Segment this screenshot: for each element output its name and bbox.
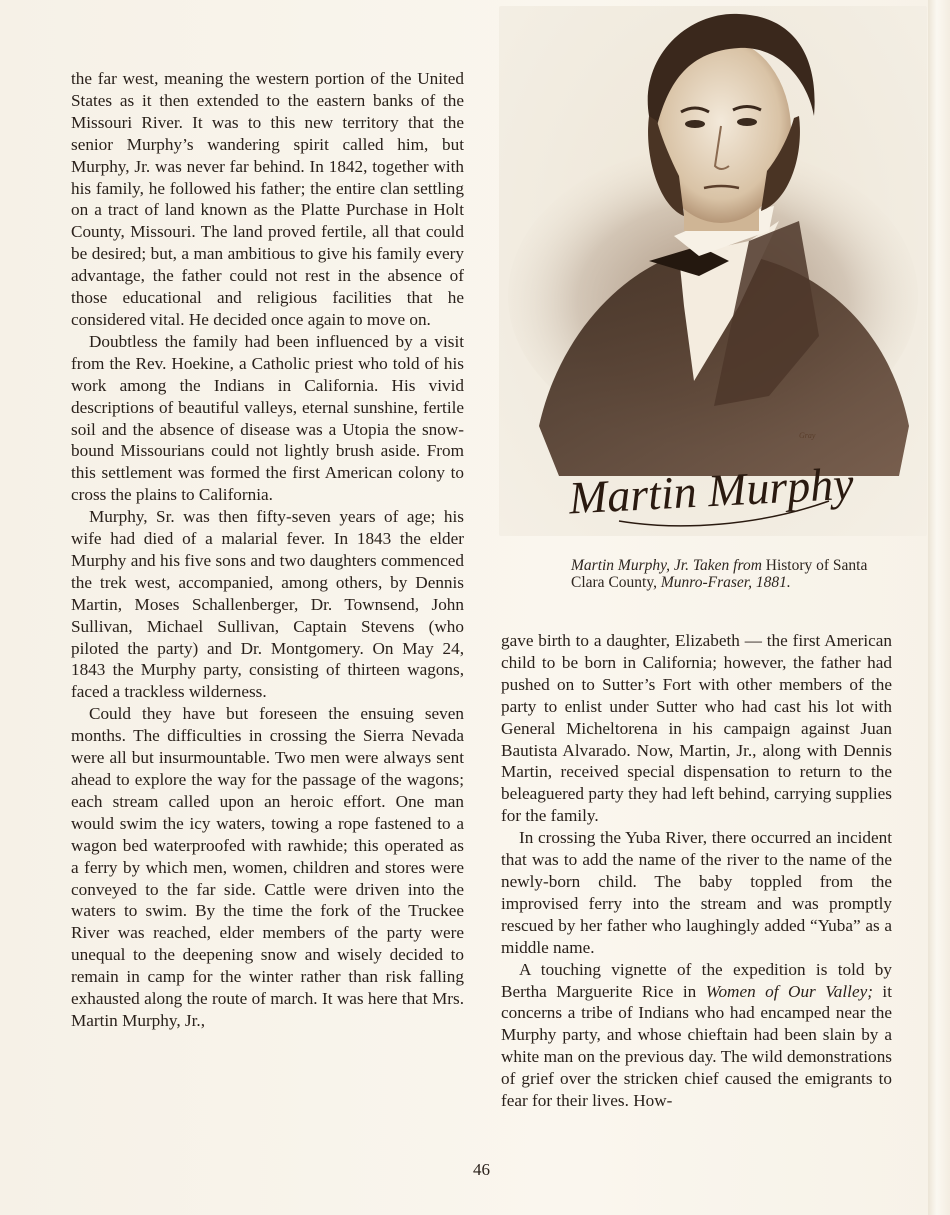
paragraph: gave birth to a daughter, Elizabeth — th… xyxy=(501,630,892,827)
left-column: the far west, meaning the western portio… xyxy=(71,68,464,1032)
paragraph: Doubtless the family had been influenced… xyxy=(71,331,464,506)
paragraph: In crossing the Yuba River, there occurr… xyxy=(501,827,892,958)
page-number: 46 xyxy=(473,1160,490,1180)
book-title: Women of Our Valley; xyxy=(706,982,873,1001)
page-edge xyxy=(928,0,950,1215)
paragraph: Could they have but foreseen the ensuing… xyxy=(71,703,464,1032)
paragraph: A touching vignette of the expedition is… xyxy=(501,959,892,1112)
right-column: gave birth to a daughter, Elizabeth — th… xyxy=(501,630,892,1112)
caption-italic: Martin Murphy, Jr. Taken from xyxy=(571,557,766,574)
paragraph: Murphy, Sr. was then fifty-seven years o… xyxy=(71,506,464,703)
portrait-figure: Gray Martin Murphy xyxy=(499,6,927,536)
caption-italic: Munro-Fraser, 1881. xyxy=(661,574,791,591)
portrait-engraving: Gray Martin Murphy xyxy=(499,6,927,536)
figure-caption: Martin Murphy, Jr. Taken from History of… xyxy=(571,557,871,591)
engraver-mark: Gray xyxy=(799,431,816,440)
paragraph: the far west, meaning the western portio… xyxy=(71,68,464,331)
